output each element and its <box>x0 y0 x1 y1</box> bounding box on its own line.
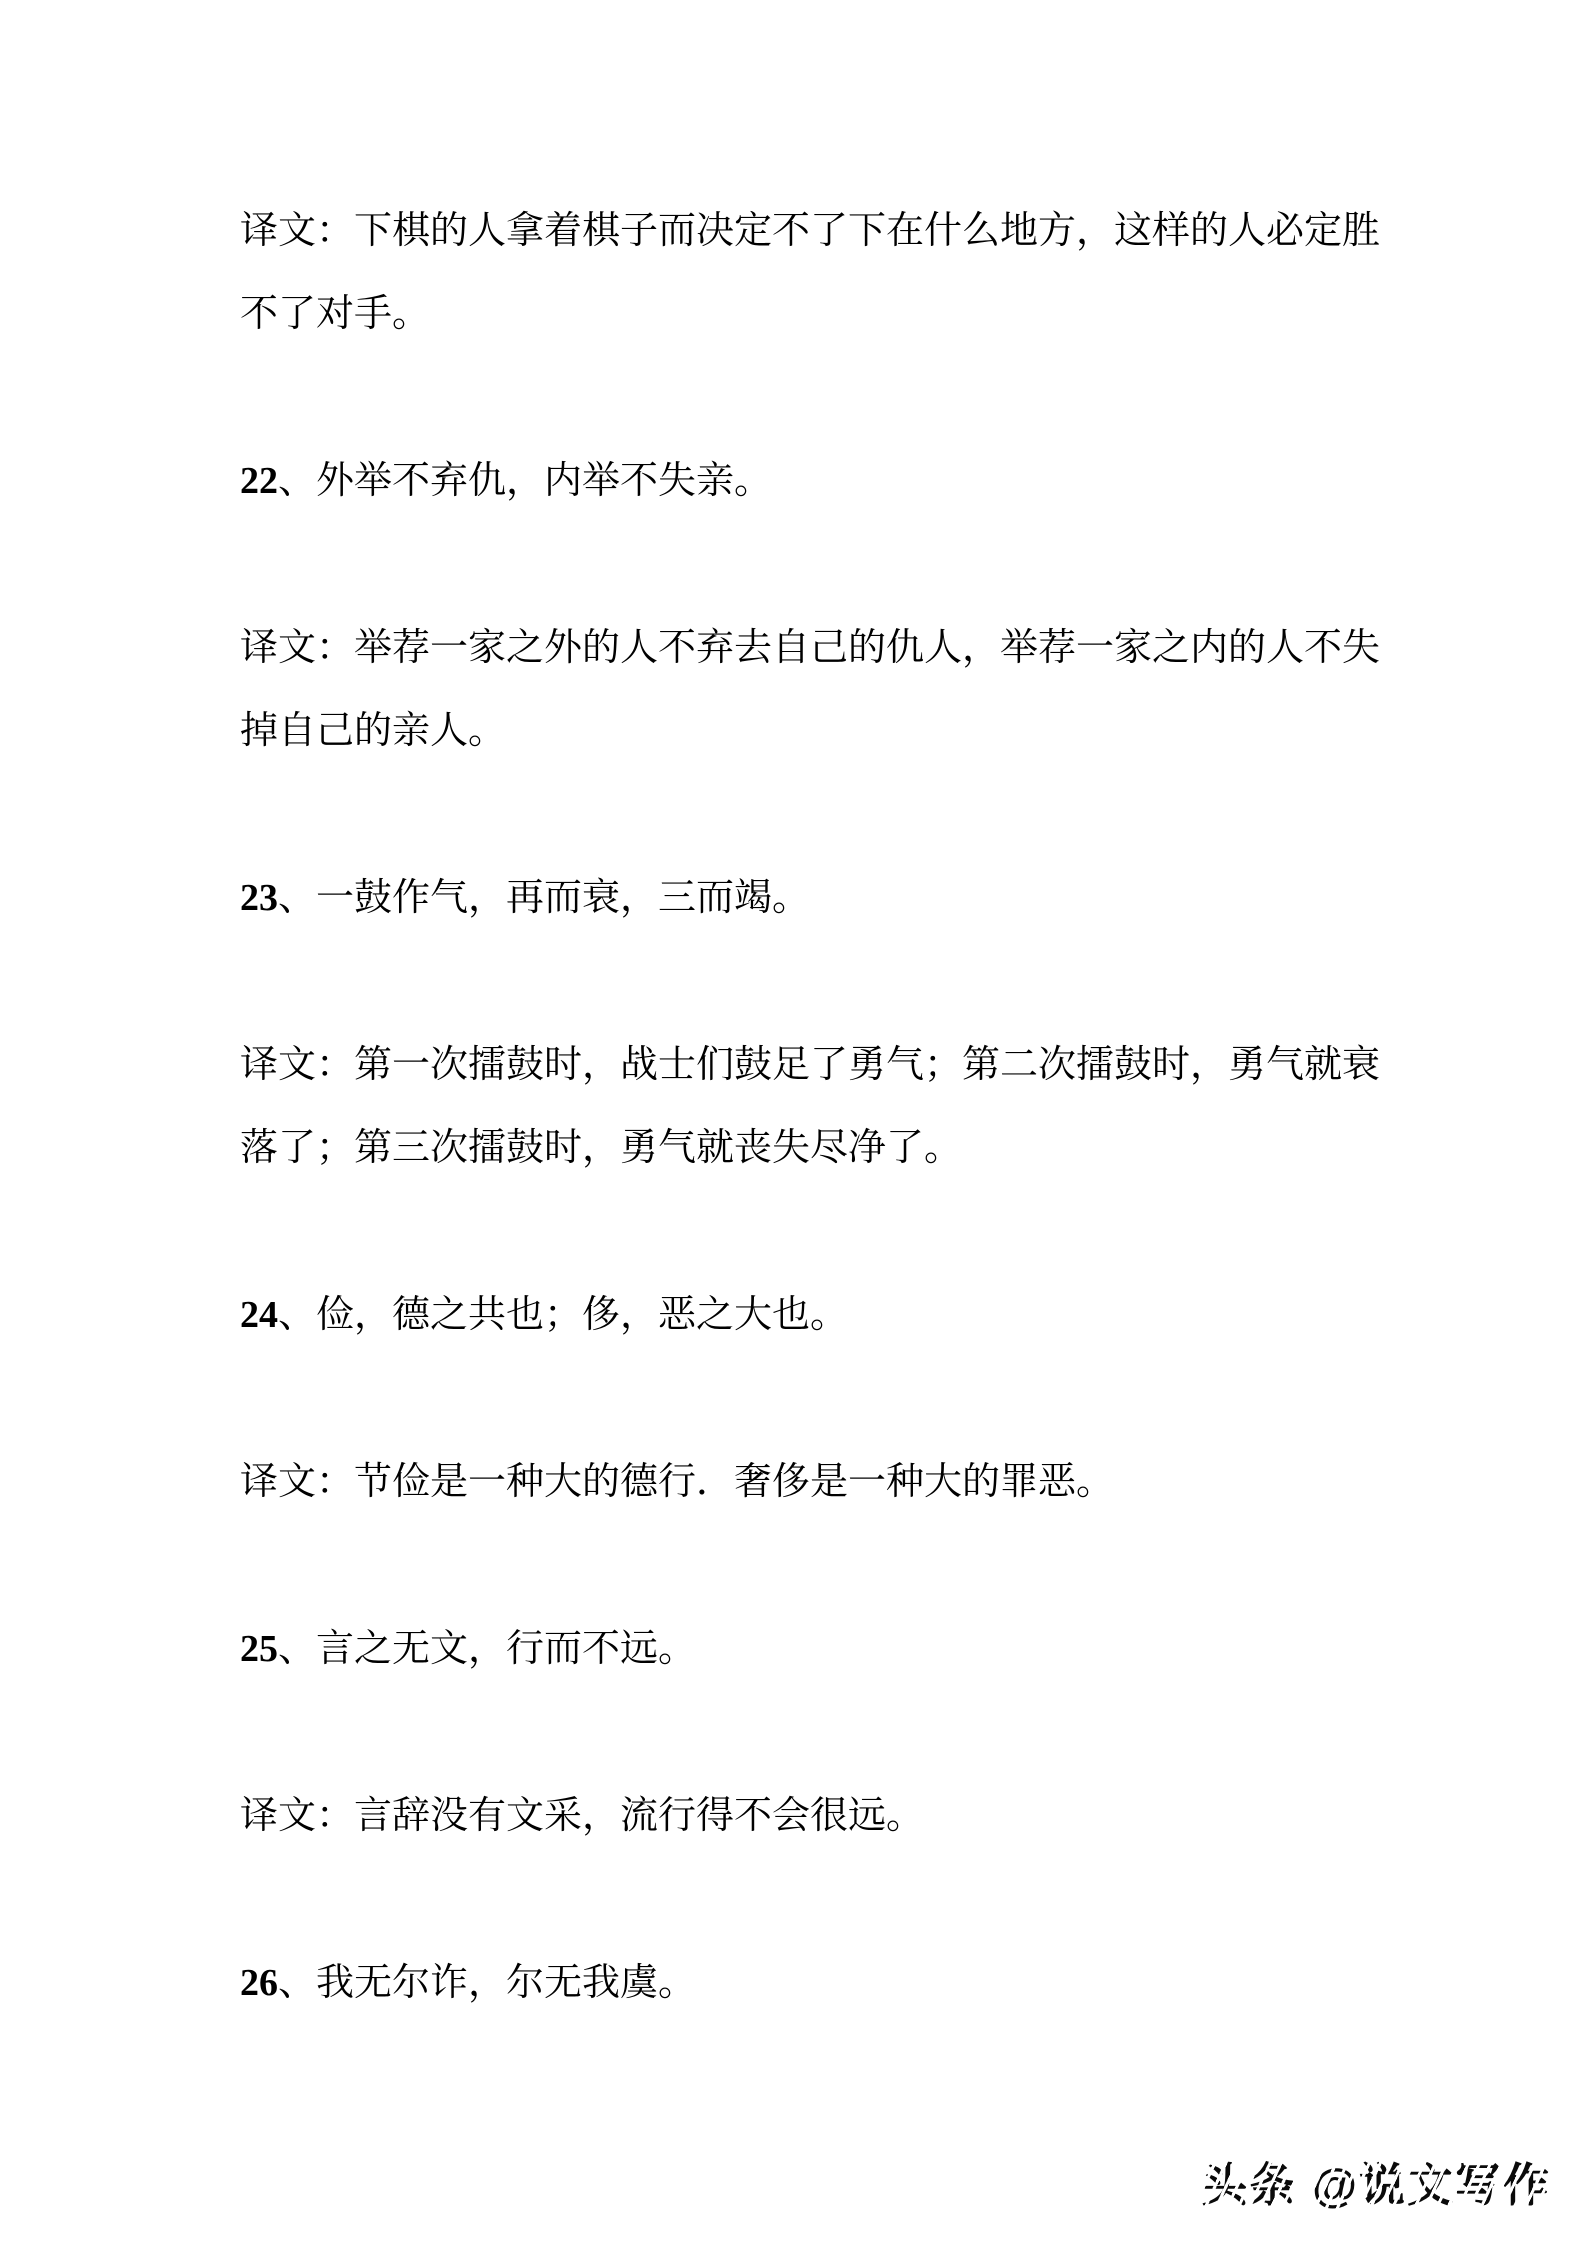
translation-text: 译文：举荐一家之外的人不弃去自己的仇人，举荐一家之内的人不失掉自己的亲人。 <box>240 627 1380 752</box>
quote-number: 23 <box>240 877 278 919</box>
quote-text: 俭，德之共也；侈，恶之大也。 <box>316 1294 848 1336</box>
quote-number: 26 <box>240 1962 278 2004</box>
quote-number: 24 <box>240 1294 278 1336</box>
quote-heading: 22、外举不弃仇，内举不失亲。 <box>240 440 1400 523</box>
translation-text: 译文：言辞没有文采，流行得不会很远。 <box>240 1795 924 1837</box>
translation-text: 译文：下棋的人拿着棋子而决定不了下在什么地方，这样的人必定胜不了对手。 <box>240 210 1380 335</box>
quote-heading: 23、一鼓作气，再而衰，三而竭。 <box>240 857 1400 940</box>
translation-paragraph: 译文：第一次擂鼓时，战士们鼓足了勇气；第二次擂鼓时，勇气就衰落了；第三次擂鼓时，… <box>240 1024 1400 1190</box>
document-page: 译文：下棋的人拿着棋子而决定不了下在什么地方，这样的人必定胜不了对手。 22、外… <box>0 0 1587 2245</box>
quote-text: 我无尔诈，尔无我虞。 <box>316 1962 696 2004</box>
quote-separator: 、 <box>278 877 316 919</box>
quote-separator: 、 <box>278 1294 316 1336</box>
watermark: 头条 @说文写作 <box>1201 2149 1551 2215</box>
translation-paragraph: 译文：节俭是一种大的德行．奢侈是一种大的罪恶。 <box>240 1441 1400 1524</box>
quote-heading: 25、言之无文，行而不远。 <box>240 1608 1400 1691</box>
quote-number: 25 <box>240 1628 278 1670</box>
quote-separator: 、 <box>278 1962 316 2004</box>
translation-text: 译文：第一次擂鼓时，战士们鼓足了勇气；第二次擂鼓时，勇气就衰落了；第三次擂鼓时，… <box>240 1044 1380 1169</box>
quote-text: 言之无文，行而不远。 <box>316 1628 696 1670</box>
document-body: 译文：下棋的人拿着棋子而决定不了下在什么地方，这样的人必定胜不了对手。 22、外… <box>240 190 1400 2025</box>
translation-paragraph: 译文：言辞没有文采，流行得不会很远。 <box>240 1775 1400 1858</box>
translation-text: 译文：节俭是一种大的德行．奢侈是一种大的罪恶。 <box>240 1461 1114 1503</box>
quote-text: 一鼓作气，再而衰，三而竭。 <box>316 877 810 919</box>
quote-text: 外举不弃仇，内举不失亲。 <box>316 460 772 502</box>
quote-separator: 、 <box>278 460 316 502</box>
quote-separator: 、 <box>278 1628 316 1670</box>
translation-paragraph: 译文：下棋的人拿着棋子而决定不了下在什么地方，这样的人必定胜不了对手。 <box>240 190 1400 356</box>
quote-heading: 26、我无尔诈，尔无我虞。 <box>240 1942 1400 2025</box>
quote-heading: 24、俭，德之共也；侈，恶之大也。 <box>240 1274 1400 1357</box>
translation-paragraph: 译文：举荐一家之外的人不弃去自己的仇人，举荐一家之内的人不失掉自己的亲人。 <box>240 607 1400 773</box>
quote-number: 22 <box>240 460 278 502</box>
